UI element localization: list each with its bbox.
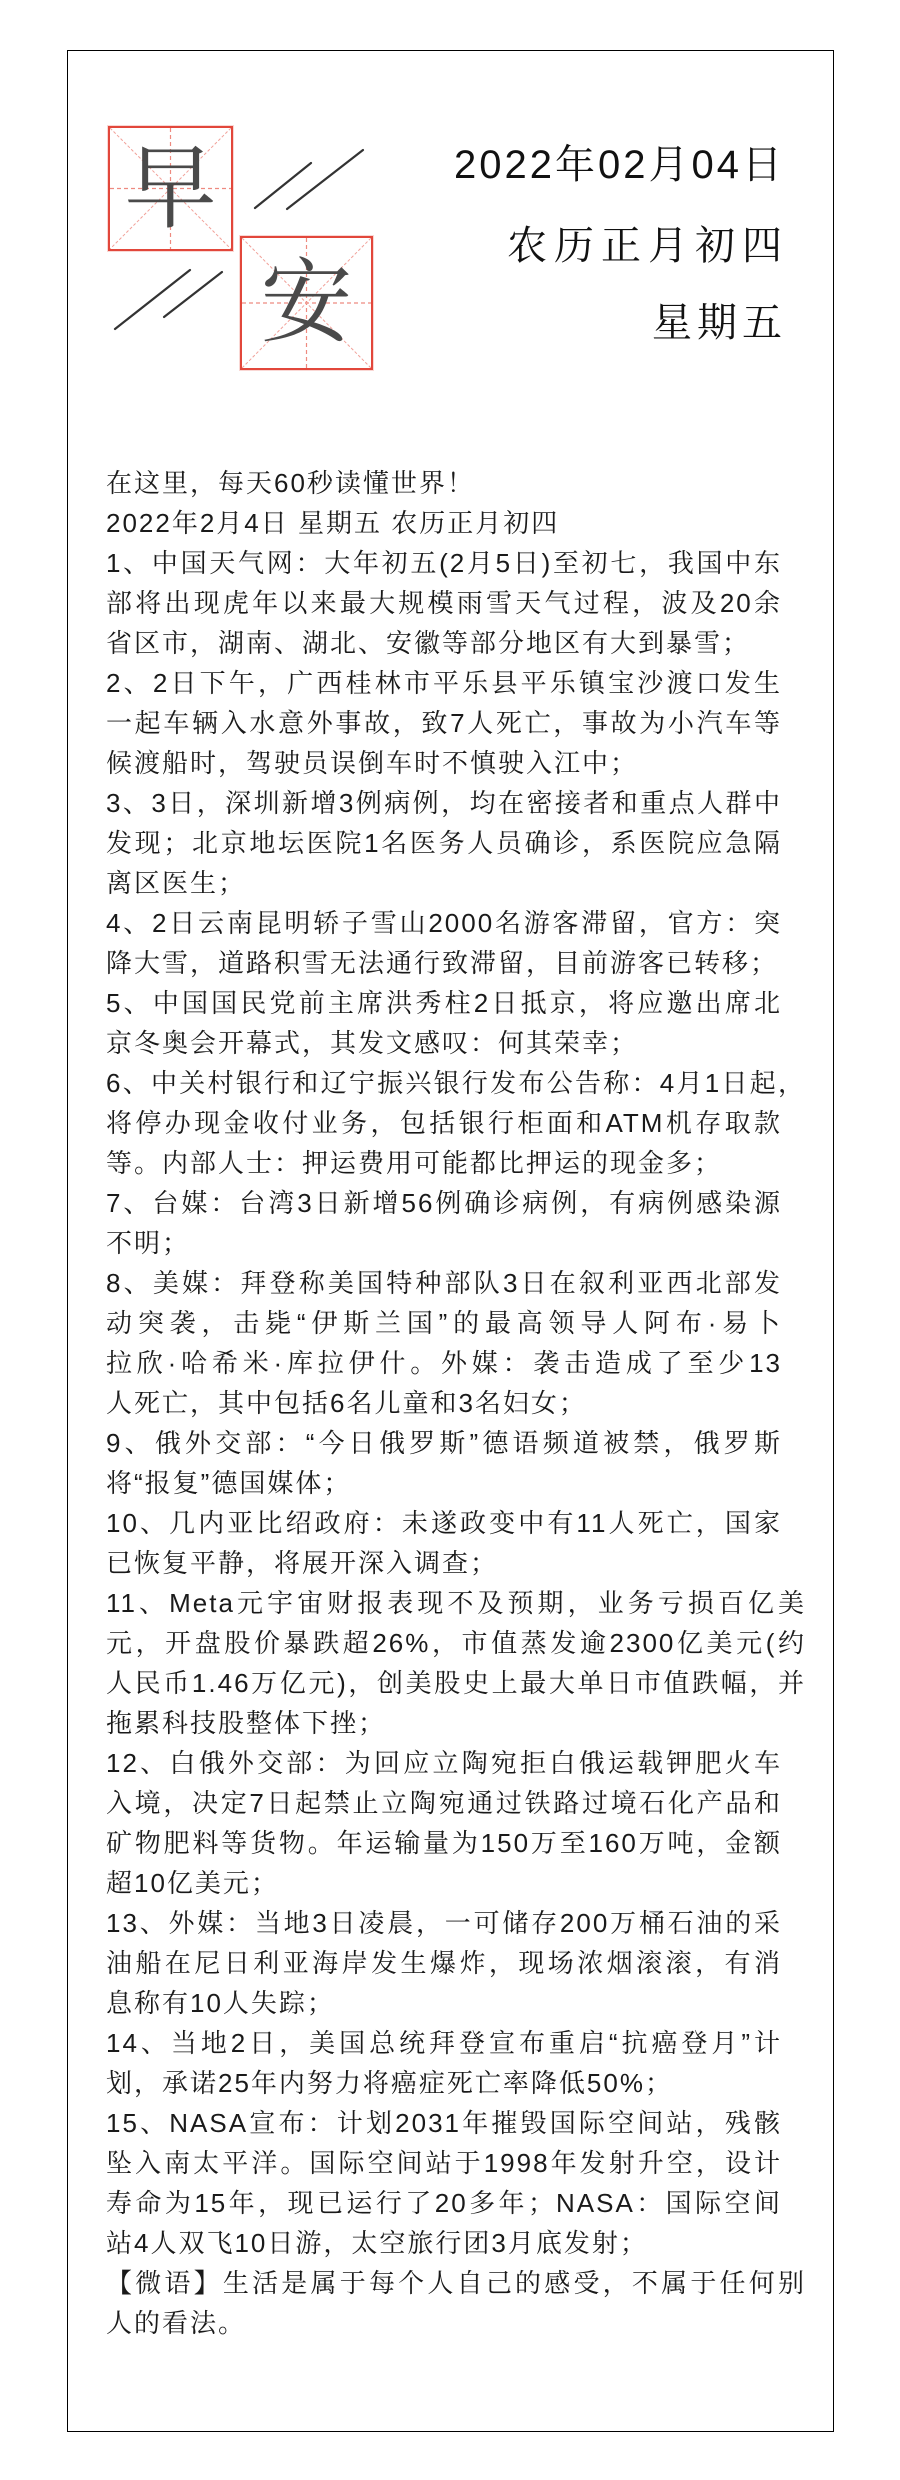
- text-line: 入境，决定7日起禁止立陶宛通过铁路过境石化产品和: [106, 1783, 782, 1823]
- news-item-7: 7、台媒：台湾3日新增56例确诊病例，有病例感染源 不明；: [106, 1183, 826, 1263]
- text-line: 降大雪，道路积雪无法通行致滞留，目前游客已转移；: [106, 943, 782, 983]
- text-line: 息称有10人失踪；: [106, 1983, 782, 2023]
- good-morning-news-card: 早 安 2022年02月04日 农历正月初四 星期五 在这里，每天60秒读懂世界…: [0, 0, 900, 2480]
- greeting-grid-box-2: 安: [240, 236, 373, 370]
- text-line: 将“报复”德国媒体；: [106, 1463, 782, 1503]
- news-item-9: 9、俄外交部：“今日俄罗斯”德语频道被禁，俄罗斯 将“报复”德国媒体；: [106, 1423, 826, 1503]
- news-item-15: 15、NASA宣布：计划2031年摧毁国际空间站，残骸 坠入南太平洋。国际空间站…: [106, 2103, 826, 2263]
- text-line: 2022年2月4日 星期五 农历正月初四: [106, 503, 782, 543]
- header-weekday: 星期五: [652, 298, 787, 348]
- news-item-6: 6、中关村银行和辽宁振兴银行发布公告称：4月1日起， 将停办现金收付业务，包括银…: [106, 1063, 826, 1183]
- header-lunar-date: 农历正月初四: [507, 221, 789, 271]
- text-line: 5、中国国民党前主席洪秀柱2日抵京，将应邀出席北: [106, 983, 782, 1023]
- text-line: 省区市，湖南、湖北、安徽等部分地区有大到暴雪；: [106, 623, 782, 663]
- news-item-8: 8、美媒：拜登称美国特种部队3日在叙利亚西北部发 动突袭，击毙“伊斯兰国”的最高…: [106, 1263, 826, 1423]
- text-line: 11、Meta元宇宙财报表现不及预期，业务亏损百亿美: [106, 1583, 806, 1623]
- text-line: 离区医生；: [106, 863, 782, 903]
- text-line: 15、NASA宣布：计划2031年摧毁国际空间站，残骸: [106, 2103, 782, 2143]
- text-line: 13、外媒：当地3日凌晨，一可储存200万桶石油的采: [106, 1903, 782, 1943]
- text-line: 人的看法。: [106, 2303, 782, 2343]
- text-line: 发现；北京地坛医院1名医务人员确诊，系医院应急隔: [106, 823, 782, 863]
- news-item-5: 5、中国国民党前主席洪秀柱2日抵京，将应邀出席北 京冬奥会开幕式，其发文感叹：何…: [106, 983, 826, 1063]
- text-line: 在这里，每天60秒读懂世界！: [106, 463, 782, 503]
- text-line: 6、中关村银行和辽宁振兴银行发布公告称：4月1日起，: [106, 1063, 806, 1103]
- text-line: 3、3日，深圳新增3例病例，均在密接者和重点人群中: [106, 783, 782, 823]
- date-paragraph: 2022年2月4日 星期五 农历正月初四: [106, 503, 826, 543]
- text-line: 人民币1.46万亿元)，创美股史上最大单日市值跌幅，并: [106, 1663, 806, 1703]
- intro-paragraph: 在这里，每天60秒读懂世界！: [106, 463, 826, 503]
- text-line: 2、2日下午，广西桂林市平乐县平乐镇宝沙渡口发生: [106, 663, 782, 703]
- text-line: 矿物肥料等货物。年运输量为150万至160万吨，金额: [106, 1823, 782, 1863]
- text-line: 动突袭，击毙“伊斯兰国”的最高领导人阿布·易卜: [106, 1303, 782, 1343]
- text-line: 坠入南太平洋。国际空间站于1998年发射升空，设计: [106, 2143, 782, 2183]
- greeting-char-zao: 早: [124, 143, 216, 235]
- greeting-grid-box-1: 早: [108, 126, 233, 251]
- text-line: 14、当地2日，美国总统拜登宣布重启“抗癌登月”计: [106, 2023, 782, 2063]
- text-line: 等。内部人士：押运费用可能都比押运的现金多；: [106, 1143, 782, 1183]
- header-date: 2022年02月04日: [454, 140, 785, 190]
- text-line: 一起车辆入水意外事故，致7人死亡，事故为小汽车等: [106, 703, 782, 743]
- text-line: 9、俄外交部：“今日俄罗斯”德语频道被禁，俄罗斯: [106, 1423, 782, 1463]
- text-line: 不明；: [106, 1223, 782, 1263]
- greeting-char-an: 安: [260, 257, 352, 349]
- news-item-2: 2、2日下午，广西桂林市平乐县平乐镇宝沙渡口发生 一起车辆入水意外事故，致7人死…: [106, 663, 826, 783]
- text-line: 人死亡，其中包括6名儿童和3名妇女；: [106, 1383, 782, 1423]
- text-line: 拉欣·哈希米·库拉伊什。外媒：袭击造成了至少13: [106, 1343, 782, 1383]
- text-line: 元，开盘股价暴跌超26%，市值蒸发逾2300亿美元(约: [106, 1623, 806, 1663]
- text-line: 超10亿美元；: [106, 1863, 782, 1903]
- text-line: 1、中国天气网：大年初五(2月5日)至初七，我国中东: [106, 543, 782, 583]
- text-line: 京冬奥会开幕式，其发文感叹：何其荣幸；: [106, 1023, 782, 1063]
- text-line: 站4人双飞10日游，太空旅行团3月底发射；: [106, 2223, 782, 2263]
- text-line: 划，承诺25年内努力将癌症死亡率降低50%；: [106, 2063, 782, 2103]
- text-line: 7、台媒：台湾3日新增56例确诊病例，有病例感染源: [106, 1183, 782, 1223]
- text-line: 已恢复平静，将展开深入调查；: [106, 1543, 782, 1583]
- text-line: 部将出现虎年以来最大规模雨雪天气过程，波及20余: [106, 583, 782, 623]
- text-line: 8、美媒：拜登称美国特种部队3日在叙利亚西北部发: [106, 1263, 782, 1303]
- text-line: 12、白俄外交部：为回应立陶宛拒白俄运载钾肥火车: [106, 1743, 782, 1783]
- text-line: 将停办现金收付业务，包括银行柜面和ATM机存取款: [106, 1103, 782, 1143]
- news-item-3: 3、3日，深圳新增3例病例，均在密接者和重点人群中 发现；北京地坛医院1名医务人…: [106, 783, 826, 903]
- news-item-10: 10、几内亚比绍政府：未遂政变中有11人死亡，国家 已恢复平静，将展开深入调查；: [106, 1503, 826, 1583]
- news-item-12: 12、白俄外交部：为回应立陶宛拒白俄运载钾肥火车 入境，决定7日起禁止立陶宛通过…: [106, 1743, 826, 1903]
- text-line: 【微语】生活是属于每个人自己的感受，不属于任何别: [106, 2263, 806, 2303]
- news-item-11: 11、Meta元宇宙财报表现不及预期，业务亏损百亿美 元，开盘股价暴跌超26%，…: [106, 1583, 826, 1743]
- daily-quote: 【微语】生活是属于每个人自己的感受，不属于任何别 人的看法。: [106, 2263, 826, 2343]
- text-line: 10、几内亚比绍政府：未遂政变中有11人死亡，国家: [106, 1503, 782, 1543]
- news-item-13: 13、外媒：当地3日凌晨，一可储存200万桶石油的采 油船在尼日利亚海岸发生爆炸…: [106, 1903, 826, 2023]
- news-item-4: 4、2日云南昆明轿子雪山2000名游客滞留，官方：突 降大雪，道路积雪无法通行致…: [106, 903, 826, 983]
- text-line: 候渡船时，驾驶员误倒车时不慎驶入江中；: [106, 743, 782, 783]
- text-line: 油船在尼日利亚海岸发生爆炸，现场浓烟滚滚，有消: [106, 1943, 782, 1983]
- news-body: 在这里，每天60秒读懂世界！ 2022年2月4日 星期五 农历正月初四 1、中国…: [106, 463, 826, 2343]
- text-line: 拖累科技股整体下挫；: [106, 1703, 782, 1743]
- text-line: 4、2日云南昆明轿子雪山2000名游客滞留，官方：突: [106, 903, 782, 943]
- news-item-1: 1、中国天气网：大年初五(2月5日)至初七，我国中东 部将出现虎年以来最大规模雨…: [106, 543, 826, 663]
- text-line: 寿命为15年，现已运行了20多年；NASA：国际空间: [106, 2183, 782, 2223]
- news-item-14: 14、当地2日，美国总统拜登宣布重启“抗癌登月”计 划，承诺25年内努力将癌症死…: [106, 2023, 826, 2103]
